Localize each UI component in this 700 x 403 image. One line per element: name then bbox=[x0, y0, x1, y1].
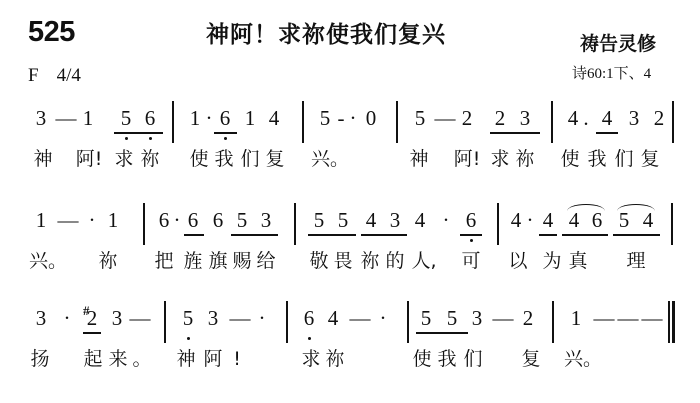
note: 4 bbox=[602, 108, 613, 129]
note: 4 bbox=[269, 108, 280, 129]
lyric-syllable: 的 bbox=[385, 252, 404, 271]
lyric-syllable: 来 bbox=[108, 350, 127, 369]
lyric-syllable: 使 bbox=[412, 350, 431, 369]
note: 5 bbox=[421, 308, 432, 329]
key-and-time-signature: F4/4 bbox=[28, 65, 99, 87]
octave-dot-below bbox=[149, 137, 152, 140]
bar-line bbox=[551, 101, 553, 143]
note: 6 bbox=[213, 210, 224, 231]
note: 1 bbox=[83, 108, 94, 129]
note: 3 bbox=[208, 308, 219, 329]
note: 4 bbox=[328, 308, 339, 329]
beam-underline bbox=[83, 332, 101, 334]
note: 6 bbox=[220, 108, 231, 129]
lyric-syllable: 我 bbox=[587, 150, 606, 169]
bar-line bbox=[396, 101, 398, 143]
lyric-syllable: 复 bbox=[265, 150, 284, 169]
lyric-syllable: 理 bbox=[626, 252, 645, 271]
note: 1 bbox=[108, 210, 119, 231]
note: · bbox=[206, 108, 213, 129]
note: — bbox=[493, 308, 514, 329]
beam-underline bbox=[539, 234, 557, 236]
lyric-syllable: 把 bbox=[154, 252, 173, 271]
beam-underline bbox=[562, 234, 608, 236]
note: 6 bbox=[145, 108, 156, 129]
lyric-syllable: 们 bbox=[463, 350, 482, 369]
note: — bbox=[230, 308, 251, 329]
beam-underline bbox=[460, 234, 482, 236]
lyric-syllable: 祢 bbox=[325, 350, 344, 369]
lyric-syllable: 人, bbox=[411, 252, 436, 271]
lyric-syllable: 使 bbox=[189, 150, 208, 169]
note: 5 bbox=[121, 108, 132, 129]
lyric-syllable: 神 bbox=[409, 150, 428, 169]
note: — bbox=[594, 308, 615, 329]
note: — bbox=[56, 108, 77, 129]
note: 4 bbox=[568, 108, 579, 129]
lyric-syllable: 可 bbox=[461, 252, 480, 271]
octave-dot-below bbox=[224, 137, 227, 140]
note: 1 bbox=[36, 210, 47, 231]
beam-underline bbox=[114, 132, 163, 134]
lyric-syllable: 神 bbox=[33, 150, 52, 169]
lyric-syllable: 兴。 bbox=[311, 150, 349, 169]
lyric-syllable: 赐 bbox=[232, 252, 251, 271]
note: 3 bbox=[390, 210, 401, 231]
lyric-syllable: 求 bbox=[301, 350, 320, 369]
lyric-syllable: 神 bbox=[176, 350, 195, 369]
bar-line bbox=[407, 301, 409, 343]
note: 3 bbox=[36, 108, 47, 129]
note: - bbox=[338, 108, 345, 129]
note: 4 bbox=[543, 210, 554, 231]
note: — bbox=[58, 210, 79, 231]
key-signature: F bbox=[28, 65, 39, 86]
lyric-syllable: 使 bbox=[560, 150, 579, 169]
bar-line bbox=[552, 301, 554, 343]
note: · bbox=[380, 308, 387, 329]
lyric-syllable: 旌 bbox=[183, 252, 202, 271]
note: 5 bbox=[338, 210, 349, 231]
beam-underline bbox=[184, 234, 204, 236]
note: 2 bbox=[495, 108, 506, 129]
lyric-syllable: 求 bbox=[114, 150, 133, 169]
lyric-syllable: 。 bbox=[132, 350, 151, 369]
sharp-accidental: # bbox=[83, 303, 90, 319]
octave-dot-below bbox=[308, 337, 311, 340]
note: 5 bbox=[314, 210, 325, 231]
bar-line bbox=[286, 301, 288, 343]
bar-line bbox=[302, 101, 304, 143]
lyric-syllable: 我 bbox=[214, 150, 233, 169]
bar-line bbox=[294, 203, 296, 245]
lyric-syllable: ! bbox=[233, 350, 241, 369]
lyric-syllable: 以 bbox=[508, 252, 527, 271]
note: · bbox=[64, 308, 71, 329]
note: 0 bbox=[366, 108, 377, 129]
note: · bbox=[89, 210, 96, 231]
lyric-syllable: 祢 bbox=[98, 252, 117, 271]
note: 1 bbox=[571, 308, 582, 329]
beam-underline bbox=[490, 132, 540, 134]
note: 1 bbox=[245, 108, 256, 129]
note: 2 bbox=[462, 108, 473, 129]
note: . bbox=[583, 108, 588, 129]
bar-line bbox=[164, 301, 166, 343]
lyric-syllable: 们 bbox=[614, 150, 633, 169]
bar-line bbox=[172, 101, 174, 143]
lyric-syllable: 祢 bbox=[140, 150, 159, 169]
note: 3 bbox=[36, 308, 47, 329]
note: 6 bbox=[188, 210, 199, 231]
slur-arc bbox=[617, 204, 655, 211]
scripture-reference: 诗60:1下、4 bbox=[572, 62, 651, 83]
lyric-syllable: 旗 bbox=[208, 252, 227, 271]
note: 3 bbox=[629, 108, 640, 129]
note: 5 bbox=[320, 108, 331, 129]
note: 4 bbox=[415, 210, 426, 231]
note: 4 bbox=[366, 210, 377, 231]
bar-line bbox=[497, 203, 499, 245]
note: 4 bbox=[569, 210, 580, 231]
lyric-syllable: 敬 bbox=[309, 252, 328, 271]
lyric-syllable: 我 bbox=[437, 350, 456, 369]
note: 6 bbox=[466, 210, 477, 231]
beam-underline bbox=[613, 234, 660, 236]
beam-underline bbox=[596, 132, 618, 134]
bar-line bbox=[672, 101, 674, 143]
note: · bbox=[527, 210, 534, 231]
hymn-title: 神阿！求祢使我们复兴 bbox=[206, 16, 446, 49]
lyric-syllable: 祢 bbox=[360, 252, 379, 271]
bar-line bbox=[671, 203, 673, 245]
hymn-number: 525 bbox=[28, 16, 75, 49]
time-signature: 4/4 bbox=[57, 65, 81, 86]
lyric-syllable: 们 bbox=[240, 150, 259, 169]
beam-underline bbox=[214, 132, 237, 134]
lyric-syllable: 阿! bbox=[454, 150, 481, 169]
note: · bbox=[259, 308, 266, 329]
lyric-syllable: 为 bbox=[542, 252, 561, 271]
note: 6 bbox=[159, 210, 170, 231]
octave-dot-below bbox=[125, 137, 128, 140]
note: 5 bbox=[183, 308, 194, 329]
lyric-syllable: 复 bbox=[640, 150, 659, 169]
note: 1 bbox=[190, 108, 201, 129]
lyric-syllable: 兴。 bbox=[564, 350, 602, 369]
note: — bbox=[618, 308, 639, 329]
note: — bbox=[435, 108, 456, 129]
note: 5 bbox=[237, 210, 248, 231]
lyric-syllable: 真 bbox=[568, 252, 587, 271]
note: 3 bbox=[472, 308, 483, 329]
lyric-syllable: 复 bbox=[521, 350, 540, 369]
note: · bbox=[443, 210, 450, 231]
note: · bbox=[174, 210, 181, 231]
note: 4 bbox=[511, 210, 522, 231]
lyric-syllable: 求 bbox=[490, 150, 509, 169]
lyric-syllable: 畏 bbox=[333, 252, 352, 271]
note: 5 bbox=[447, 308, 458, 329]
note: 2 bbox=[523, 308, 534, 329]
final-bar-line-thin bbox=[668, 301, 670, 343]
beam-underline bbox=[231, 234, 278, 236]
bar-line bbox=[143, 203, 145, 245]
note: 6 bbox=[592, 210, 603, 231]
note: — bbox=[130, 308, 151, 329]
note: · bbox=[350, 108, 357, 129]
lyric-syllable: 扬 bbox=[30, 350, 49, 369]
note: 5 bbox=[619, 210, 630, 231]
note: 3 bbox=[520, 108, 531, 129]
final-bar-line-thick bbox=[672, 301, 675, 343]
note: 3 bbox=[112, 308, 123, 329]
lyric-syllable: 兴。 bbox=[29, 252, 67, 271]
note: — bbox=[350, 308, 371, 329]
hymn-section: 祷告灵修 bbox=[580, 29, 656, 56]
lyric-syllable: 阿! bbox=[76, 150, 103, 169]
slur-arc bbox=[567, 204, 605, 211]
note: 2 bbox=[654, 108, 665, 129]
note: 5 bbox=[415, 108, 426, 129]
lyric-syllable: 起 bbox=[83, 350, 102, 369]
lyric-syllable: 祢 bbox=[515, 150, 534, 169]
note: — bbox=[642, 308, 663, 329]
note: 6 bbox=[304, 308, 315, 329]
lyric-syllable: 给 bbox=[256, 252, 275, 271]
beam-underline bbox=[308, 234, 356, 236]
lyric-syllable: 阿 bbox=[203, 350, 222, 369]
octave-dot-below bbox=[470, 239, 473, 242]
beam-underline bbox=[361, 234, 407, 236]
note: 3 bbox=[261, 210, 272, 231]
octave-dot-below bbox=[187, 337, 190, 340]
note: 4 bbox=[643, 210, 654, 231]
beam-underline bbox=[416, 332, 468, 334]
